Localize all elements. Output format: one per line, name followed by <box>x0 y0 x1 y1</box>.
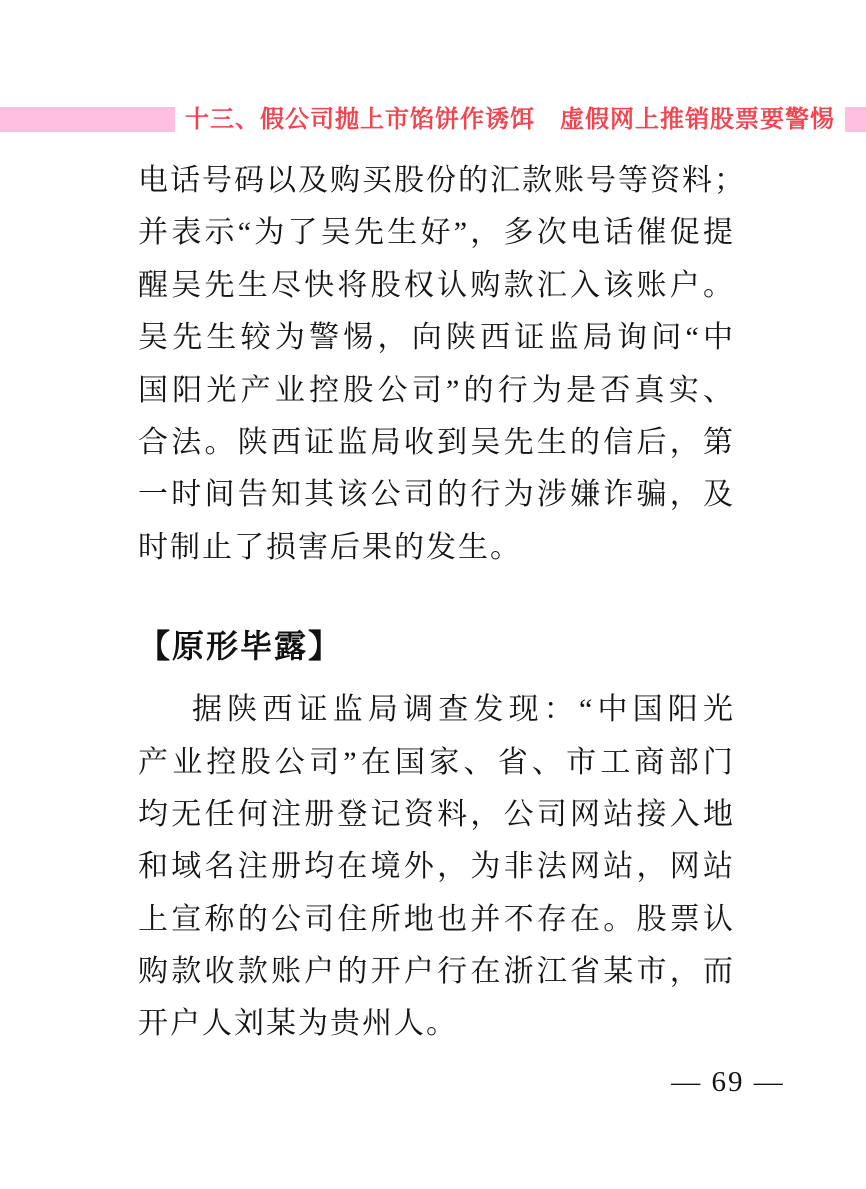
text-line: 产业控股公司”在国家、省、市工商部门 <box>138 737 735 789</box>
text-line: 醒吴先生尽快将股权认购款汇入该账户。 <box>138 260 735 312</box>
text-line: 购款收款账户的开户行在浙江省某市，而 <box>138 946 735 998</box>
text-line: 并表示“为了吴先生好”，多次电话催促提 <box>138 207 735 259</box>
text-line: 一时间告知其该公司的行为涉嫌诈骗，及 <box>138 469 735 521</box>
text-line: 开户人刘某为贵州人。 <box>138 998 735 1050</box>
text-line: 合法。陕西证监局收到吴先生的信后，第 <box>138 417 735 469</box>
page-body: 电话号码以及购买股份的汇款账号等资料； 并表示“为了吴先生好”，多次电话催促提 … <box>138 155 735 1051</box>
header-band-right <box>845 107 866 132</box>
book-page: 十三、假公司抛上市馅饼作诱饵 虚假网上推销股票要警惕 电话号码以及购买股份的汇款… <box>0 0 866 1189</box>
section-heading: 【原形毕露】 <box>138 620 735 672</box>
text-line: 上宣称的公司住所地也并不存在。股票认 <box>138 894 735 946</box>
chapter-title: 十三、假公司抛上市馅饼作诱饵 虚假网上推销股票要警惕 <box>175 107 845 132</box>
text-line: 时制止了损害后果的发生。 <box>138 522 735 574</box>
text-line: 和域名注册均在境外，为非法网站，网站 <box>138 841 735 893</box>
text-line: 据陕西证监局调查发现：“中国阳光 <box>138 684 735 736</box>
page-header: 十三、假公司抛上市馅饼作诱饵 虚假网上推销股票要警惕 <box>0 107 866 132</box>
page-number: — 69 — <box>668 1066 788 1099</box>
text-line: 国阳光产业控股公司”的行为是否真实、 <box>138 365 735 417</box>
header-band-left <box>0 107 175 132</box>
text-line: 吴先生较为警惕，向陕西证监局询问“中 <box>138 312 735 364</box>
text-line: 电话号码以及购买股份的汇款账号等资料； <box>138 155 735 207</box>
text-line: 均无任何注册登记资料，公司网站接入地 <box>138 789 735 841</box>
